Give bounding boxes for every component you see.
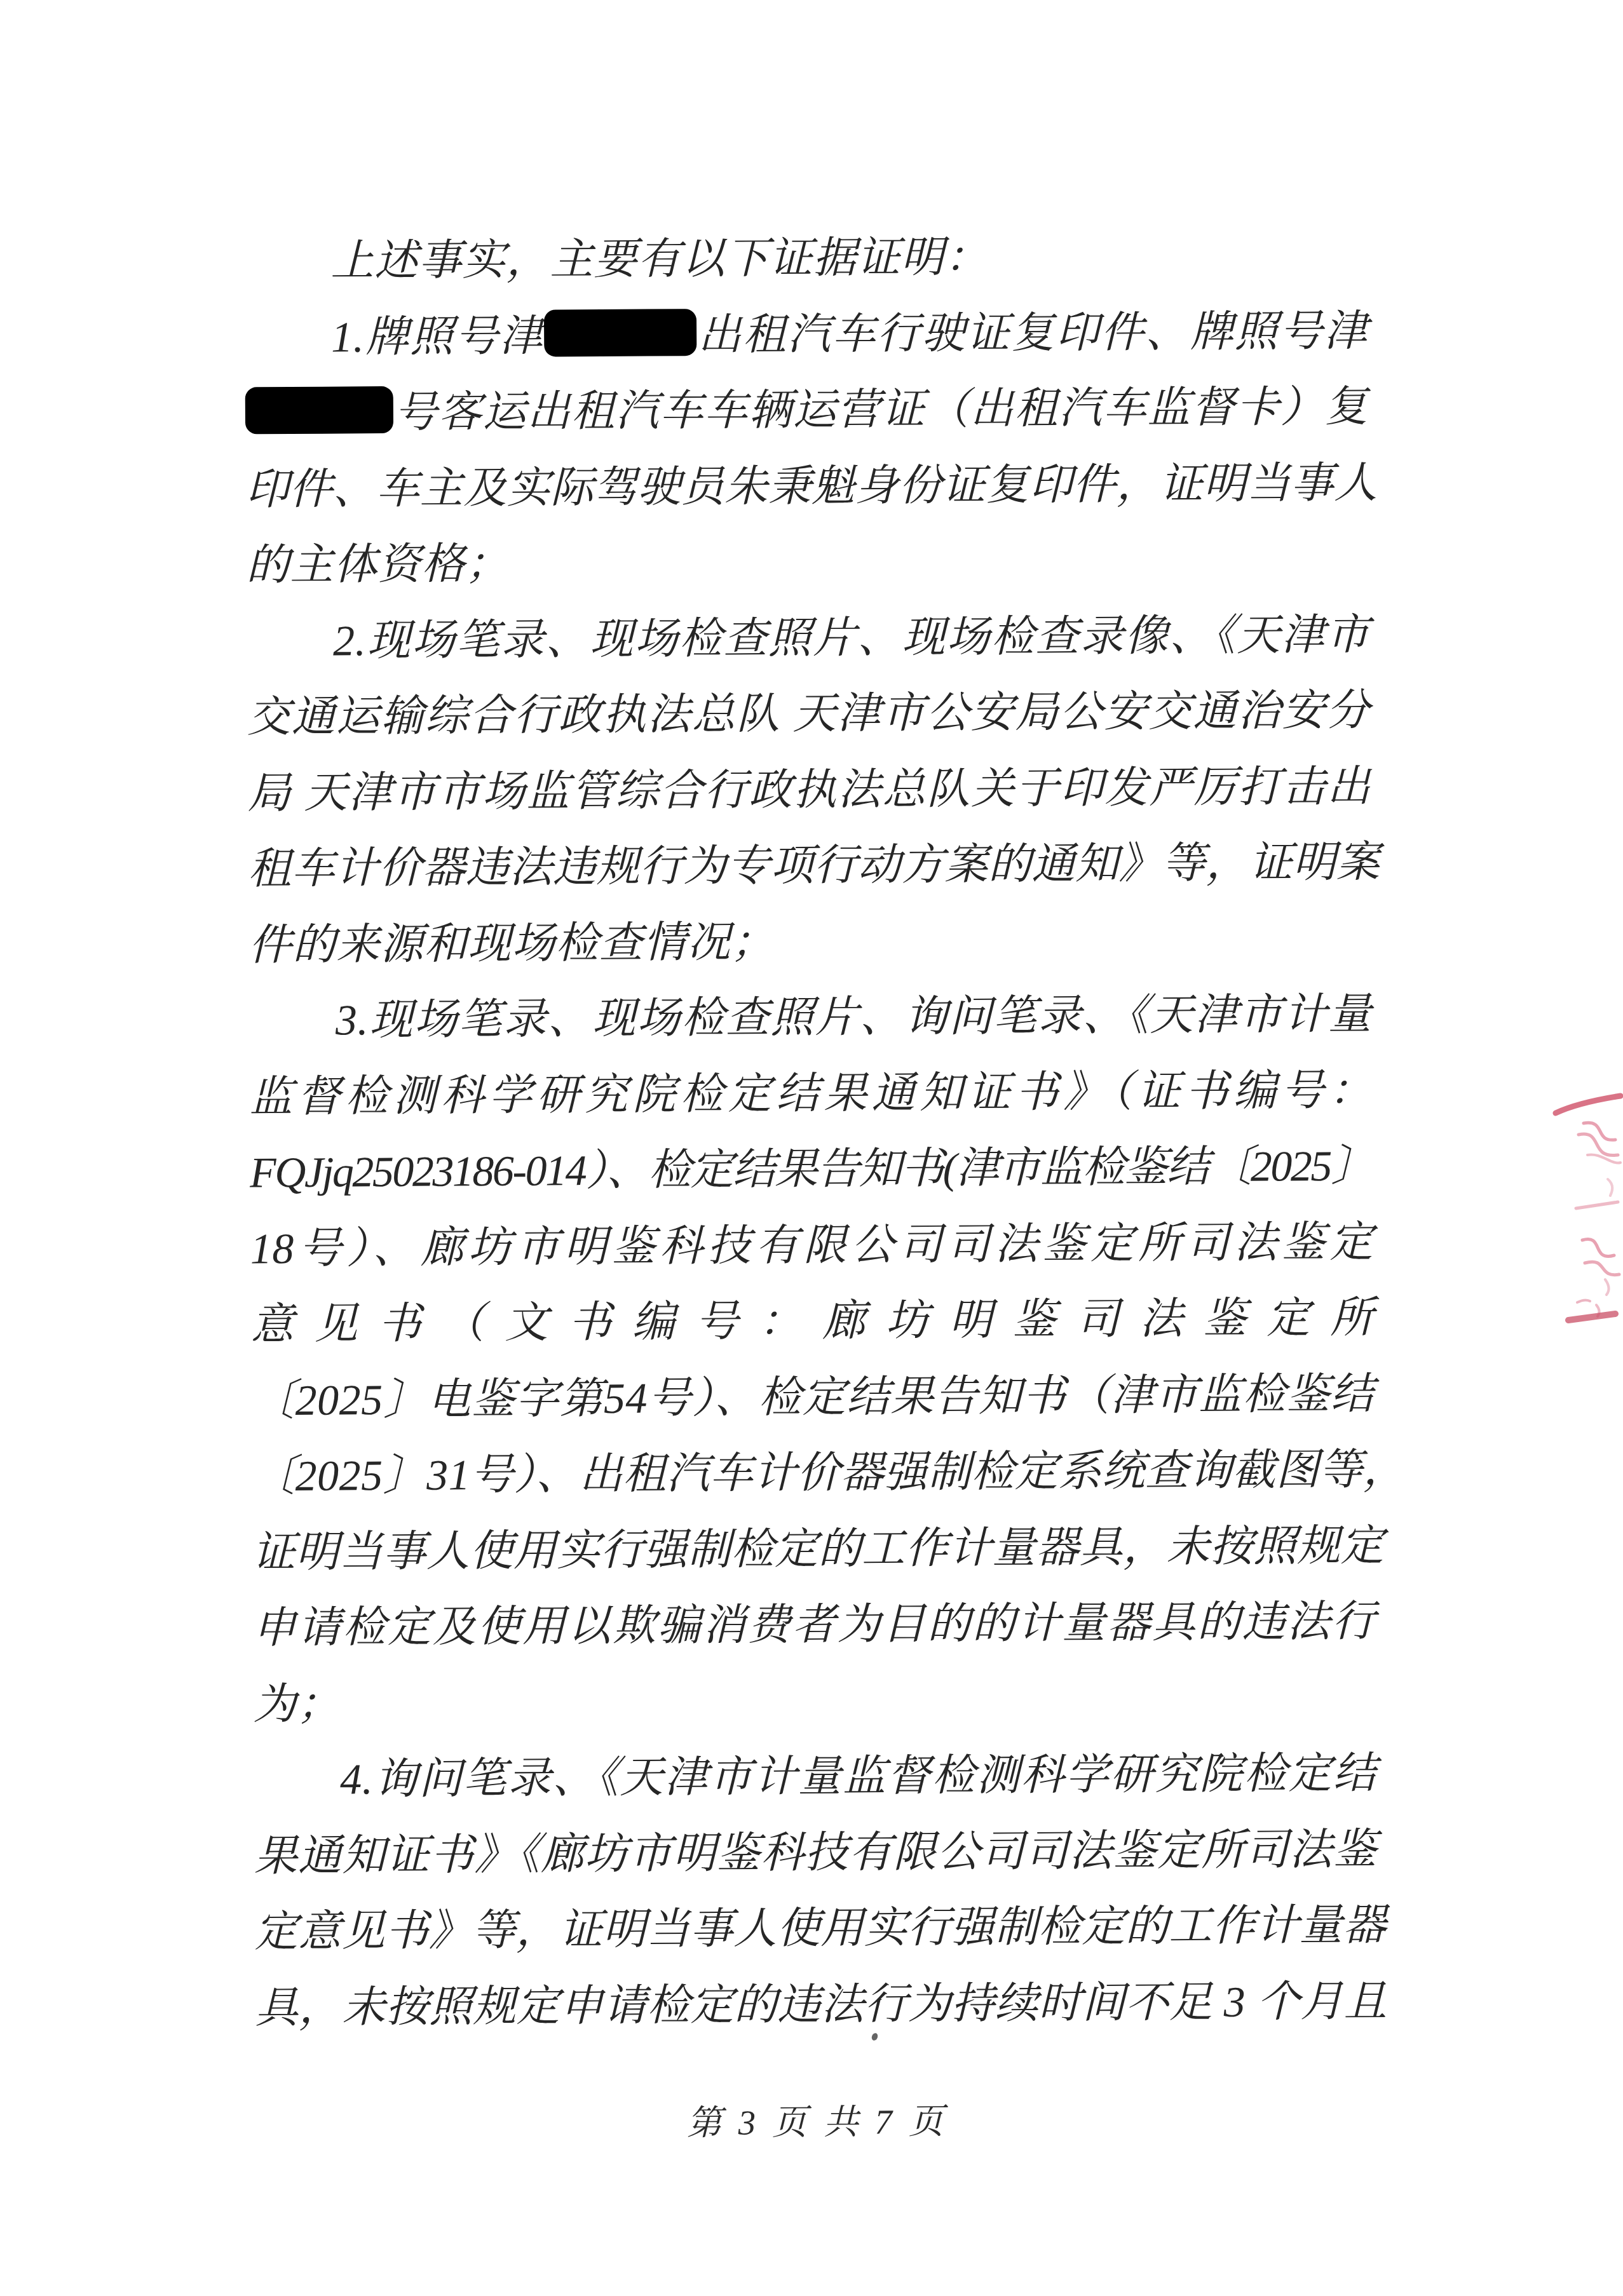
document-line: 印件、车主及实际驾驶员朱秉魁身份证复印件，证明当事人 — [245, 452, 1369, 520]
document-line: 监督检测科学研究院检定结果通知证书》（证书编号： — [249, 1060, 1373, 1128]
document-line: 的主体资格； — [246, 528, 1369, 596]
document-line: 证明当事人使用实行强制检定的工作计量器具，未按照规定 — [252, 1515, 1376, 1583]
document-line: 〔2025〕31号）、出租汽车计价器强制检定系统查询截图等， — [252, 1439, 1375, 1507]
document-line: 申请检定及使用以欺骗消费者为目的的计量器具的违法行 — [252, 1591, 1376, 1659]
document-body: 上述事实，主要有以下证据证明：1.牌照号津出租汽车行驶证复印件、牌照号津号客运出… — [0, 0, 1623, 2296]
document-line: 18号）、廊坊市明鉴科技有限公司司法鉴定所司法鉴定 — [250, 1212, 1374, 1280]
document-line: 租车计价器违法违规行为专项行动方案的通知》等，证明案 — [248, 832, 1371, 900]
document-line: 号客运出租汽车车辆运营证（出租汽车监督卡）复 — [245, 376, 1369, 444]
document-line: 局 天津市市场监管综合行政执法总队关于印发严厉打击出 — [247, 756, 1371, 824]
document-line: 定意见书》等，证明当事人使用实行强制检定的工作计量器 — [254, 1894, 1378, 1962]
page-number-footer: 第 3 页 共 7 页 — [255, 2091, 1378, 2148]
document-line: 2.现场笔录、现场检查照片、现场检查录像、《天津市 — [247, 604, 1370, 672]
document-line: 〔2025〕电鉴字第54号）、检定结果告知书（津市监检鉴结 — [251, 1363, 1375, 1431]
document-line: 4.询问笔录、《天津市计量监督检测科学研究院检定结 — [254, 1743, 1377, 1811]
document-line: FQJjq25023186-014）、检定结果告知书(津市监检鉴结〔2025〕 — [250, 1135, 1373, 1203]
document-line: 意见书（文书编号：廊坊明鉴司法鉴定所 — [250, 1287, 1374, 1355]
document-page: 上述事实，主要有以下证据证明：1.牌照号津出租汽车行驶证复印件、牌照号津号客运出… — [0, 0, 1623, 2296]
document-line: 1.牌照号津出租汽车行驶证复印件、牌照号津 — [245, 301, 1368, 368]
redaction-box — [245, 386, 393, 434]
handwritten-red-ink-mark — [1551, 1084, 1623, 1338]
document-line: 果通知证书》《廊坊市明鉴科技有限公司司法鉴定所司法鉴 — [254, 1819, 1377, 1887]
redaction-box — [544, 309, 696, 356]
document-line: 上述事实，主要有以下证据证明： — [244, 224, 1368, 292]
document-line: 件的来源和现场检查情况； — [248, 908, 1372, 976]
document-line: 交通运输综合行政执法总队 天津市公安局公安交通治安分 — [247, 680, 1371, 748]
document-line: 具，未按照规定申请检定的违法行为持续时间不足 3 个月且 — [255, 1971, 1378, 2039]
document-line: 为； — [253, 1667, 1376, 1735]
document-line: 3.现场笔录、现场检查照片、询问笔录、《天津市计量 — [248, 983, 1372, 1051]
